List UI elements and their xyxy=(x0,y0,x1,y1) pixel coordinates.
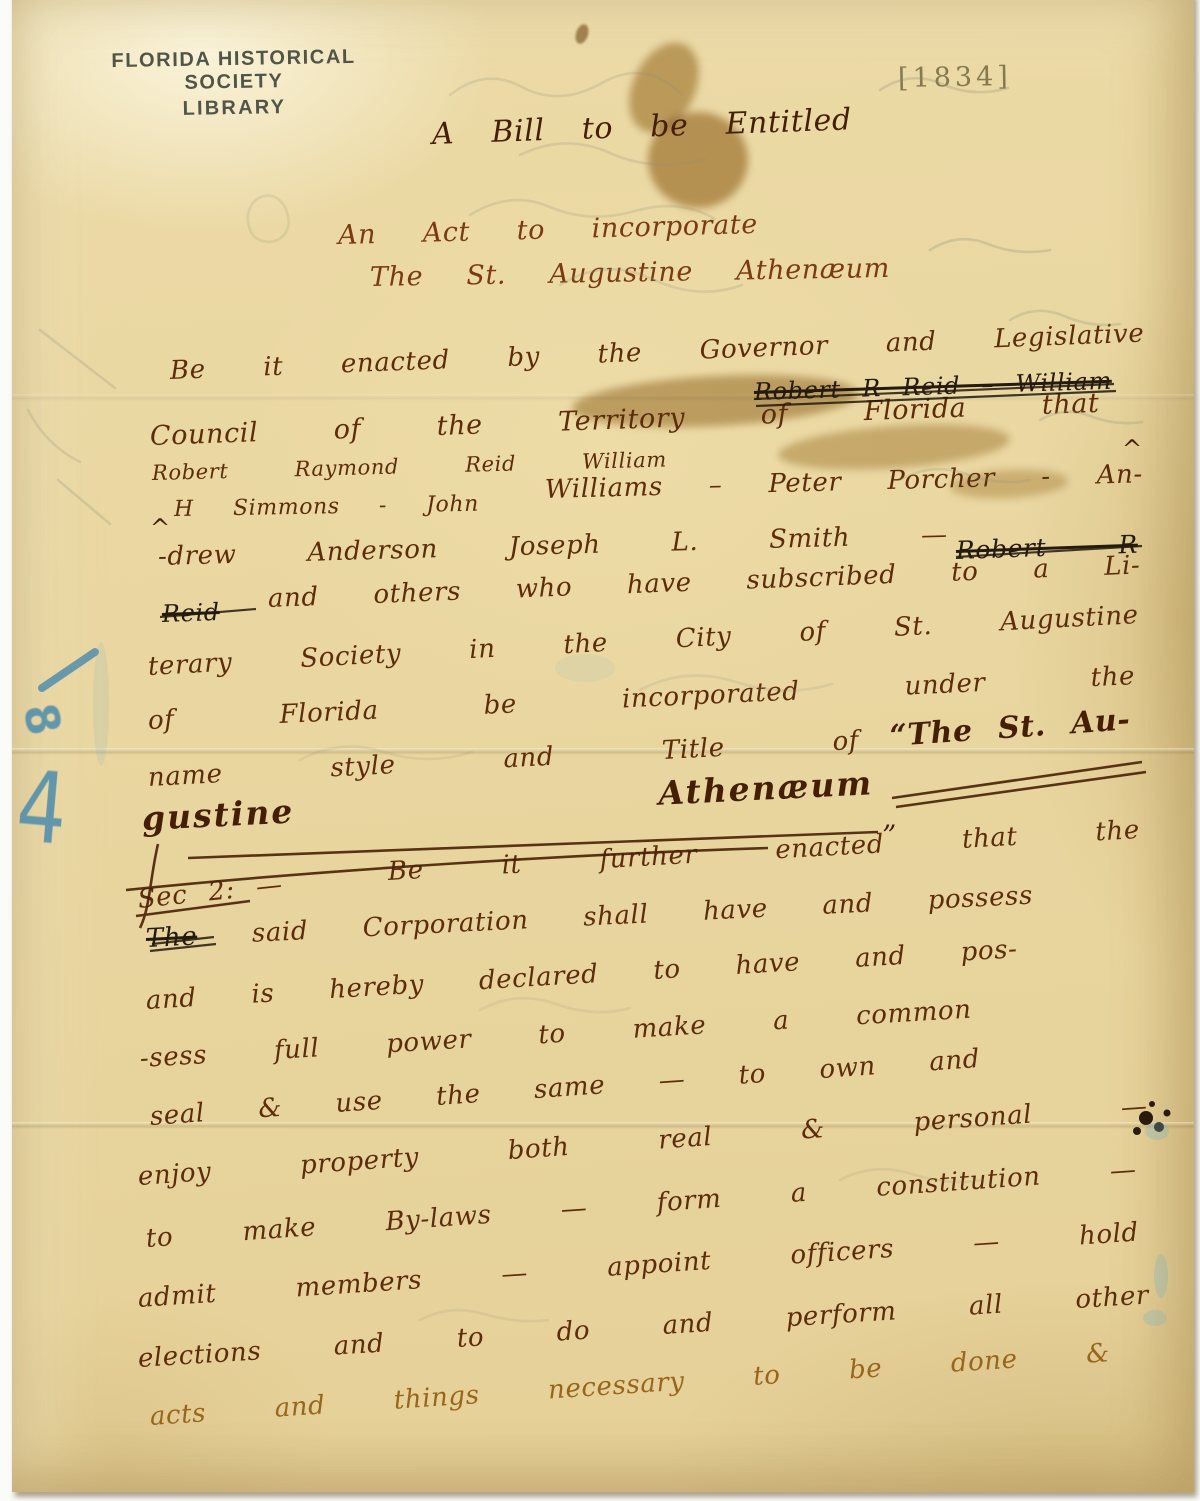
library-stamp: FLORIDA HISTORICAL SOCIETY LIBRARY xyxy=(63,45,404,123)
struck-text: Reid xyxy=(162,599,221,629)
year-annotation: [1834] xyxy=(898,61,1012,94)
interline-insertion: H Simmons - John xyxy=(174,492,479,523)
struck-text: The xyxy=(145,922,198,954)
stamp-line: FLORIDA HISTORICAL SOCIETY xyxy=(63,45,404,97)
caret-mark: ^ xyxy=(150,515,171,543)
blue-crayon-mark-4: 4 xyxy=(12,750,72,868)
scanned-manuscript-page: FLORIDA HISTORICAL SOCIETY LIBRARY [1834… xyxy=(0,0,1200,1501)
